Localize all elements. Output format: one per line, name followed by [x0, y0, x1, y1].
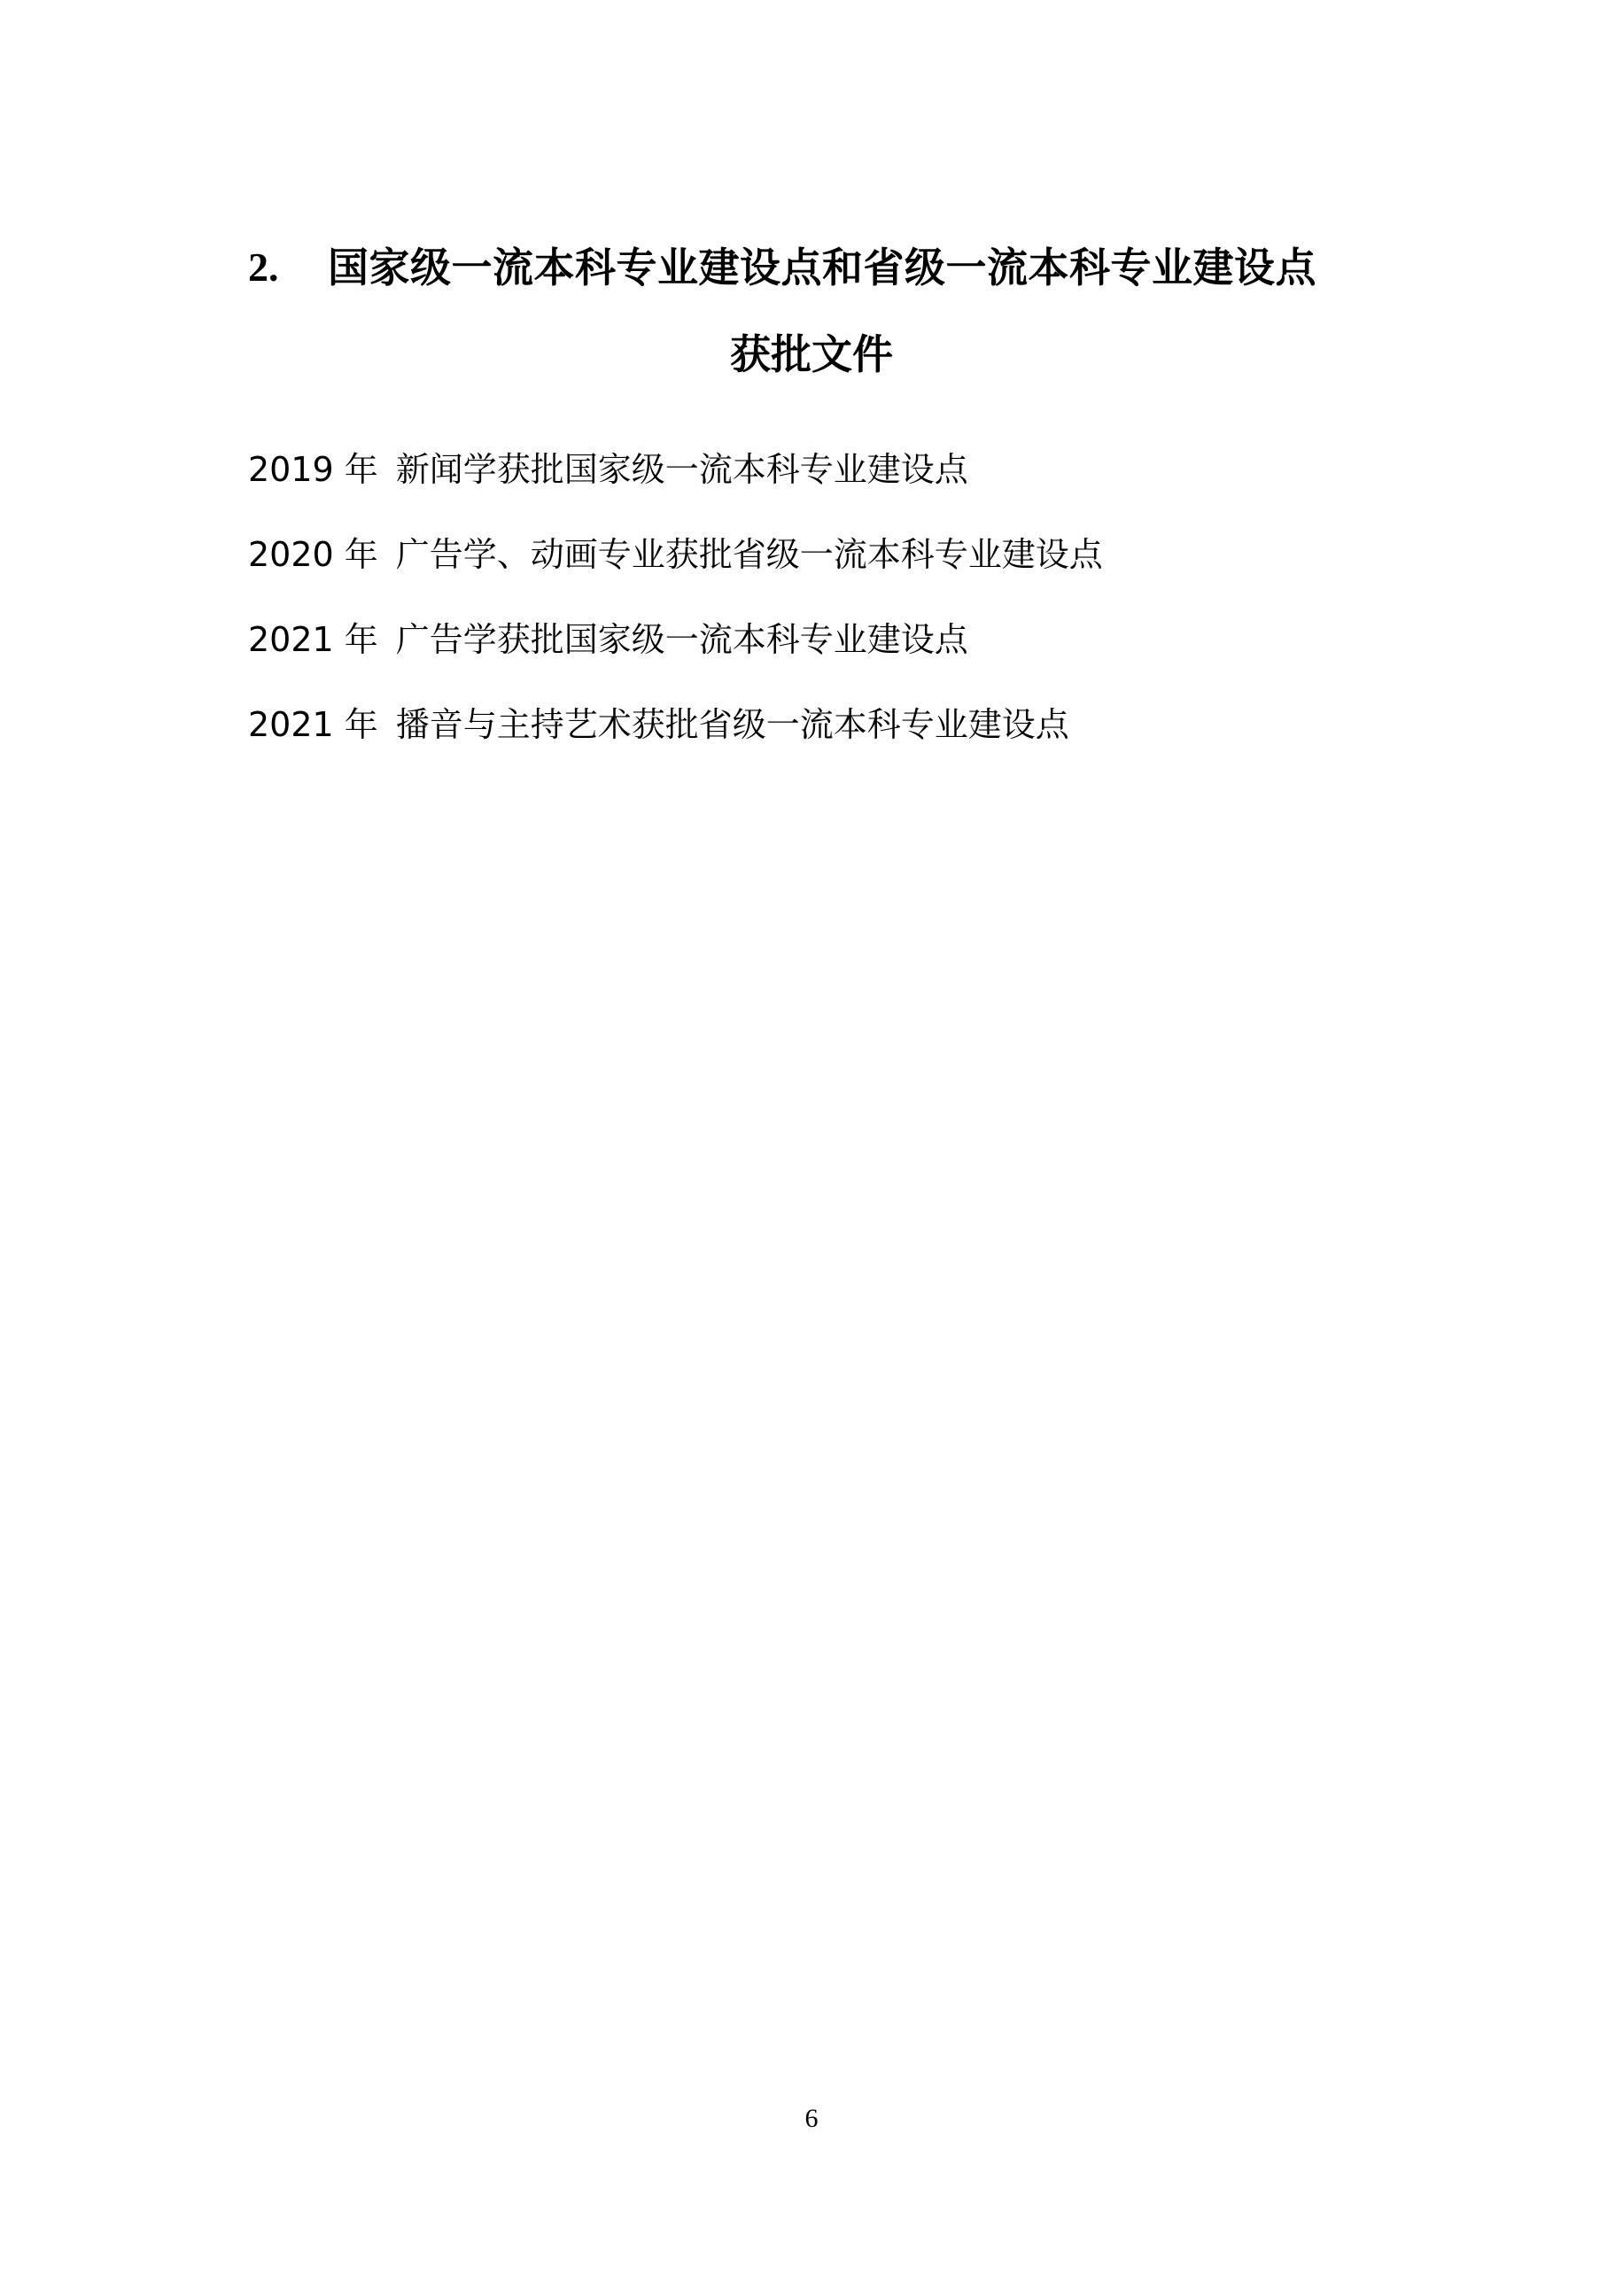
item-year: 2021 年 — [248, 698, 378, 751]
item-text: 广告学、动画专业获批省级一流本科专业建设点 — [396, 535, 1103, 574]
heading-number: 2. — [248, 241, 279, 294]
item-year: 2021 年 — [248, 613, 378, 666]
document-page: 2. 国家级一流本科专业建设点和省级一流本科专业建设点 获批文件 2019 年新… — [0, 0, 1623, 2296]
page-number: 6 — [0, 2104, 1623, 2134]
heading-line-2: 获批文件 — [0, 328, 1623, 381]
list-item: 2021 年广告学获批国家级一流本科专业建设点 — [248, 613, 1103, 698]
item-year: 2019 年 — [248, 443, 378, 496]
item-year: 2020 年 — [248, 528, 378, 581]
item-text: 广告学获批国家级一流本科专业建设点 — [396, 620, 968, 659]
item-text: 播音与主持艺术获批省级一流本科专业建设点 — [396, 705, 1069, 744]
item-text: 新闻学获批国家级一流本科专业建设点 — [396, 450, 968, 489]
approval-list: 2019 年新闻学获批国家级一流本科专业建设点 2020 年广告学、动画专业获批… — [248, 443, 1103, 783]
list-item: 2020 年广告学、动画专业获批省级一流本科专业建设点 — [248, 528, 1103, 613]
list-item: 2021 年播音与主持艺术获批省级一流本科专业建设点 — [248, 698, 1103, 783]
list-item: 2019 年新闻学获批国家级一流本科专业建设点 — [248, 443, 1103, 528]
heading-text: 国家级一流本科专业建设点和省级一流本科专业建设点 — [328, 241, 1316, 294]
